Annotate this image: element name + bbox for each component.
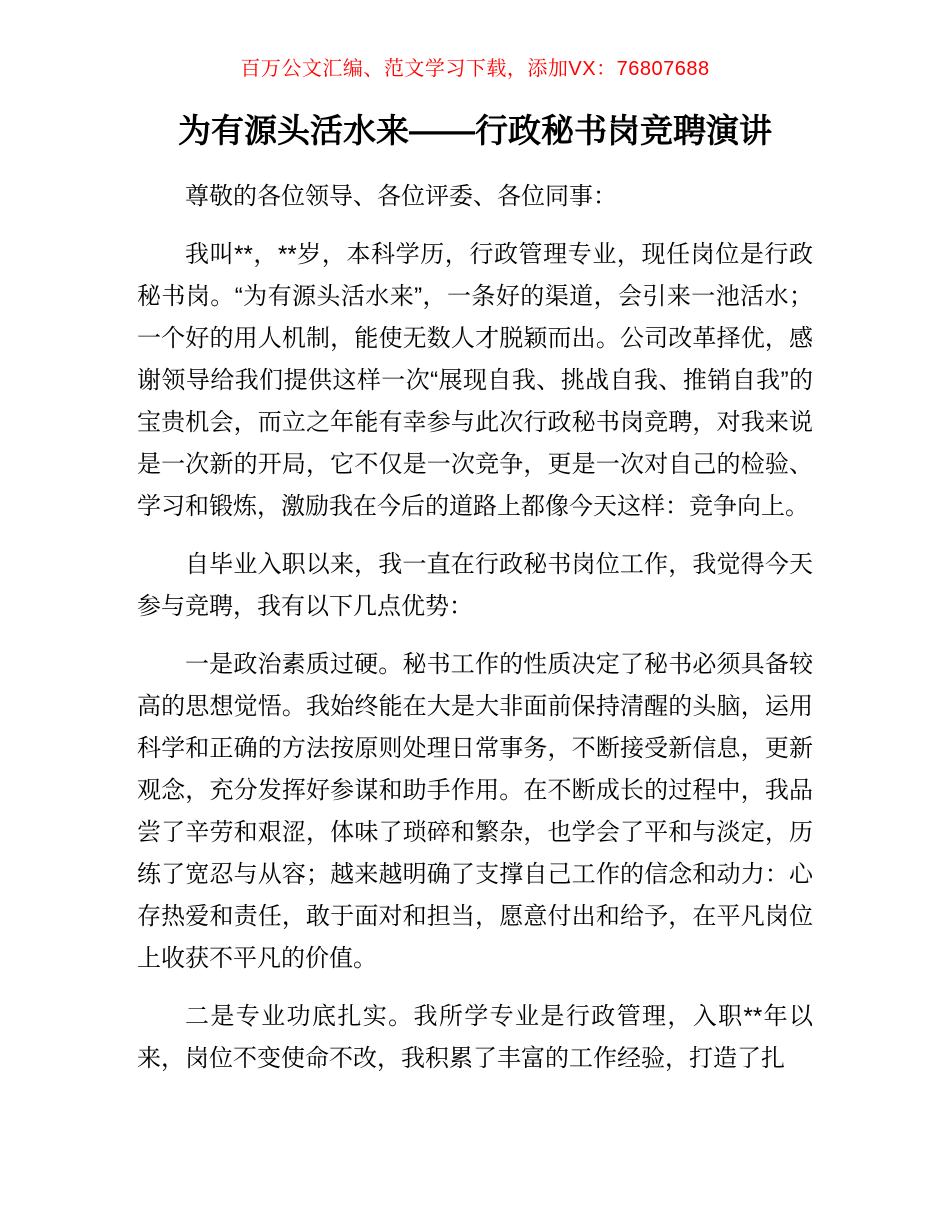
document-body: 尊敬的各位领导、各位评委、各位同事： 我叫**，**岁，本科学历，行政管理专业，… xyxy=(137,176,813,1080)
paragraph-introduction: 我叫**，**岁，本科学历，行政管理专业，现任岗位是行政秘书岗。“为有源头活水来… xyxy=(137,234,813,528)
document-title: 为有源头活水来——行政秘书岗竞聘演讲 xyxy=(0,108,950,154)
paragraph-advantage-one: 一是政治素质过硬。秘书工作的性质决定了秘书必须具备较高的思想觉悟。我始终能在大是… xyxy=(137,644,813,980)
salutation-line: 尊敬的各位领导、各位评委、各位同事： xyxy=(137,176,813,218)
paragraph-advantage-two: 二是专业功底扎实。我所学专业是行政管理，入职**年以来，岗位不变使命不改，我积累… xyxy=(137,996,813,1080)
promo-banner: 百万公文汇编、范文学习下载，添加VX：76807688 xyxy=(0,0,950,82)
paragraph-advantages-lead: 自毕业入职以来，我一直在行政秘书岗位工作，我觉得今天参与竞聘，我有以下几点优势： xyxy=(137,544,813,628)
document-page: 百万公文汇编、范文学习下载，添加VX：76807688 为有源头活水来——行政秘… xyxy=(0,0,950,1230)
